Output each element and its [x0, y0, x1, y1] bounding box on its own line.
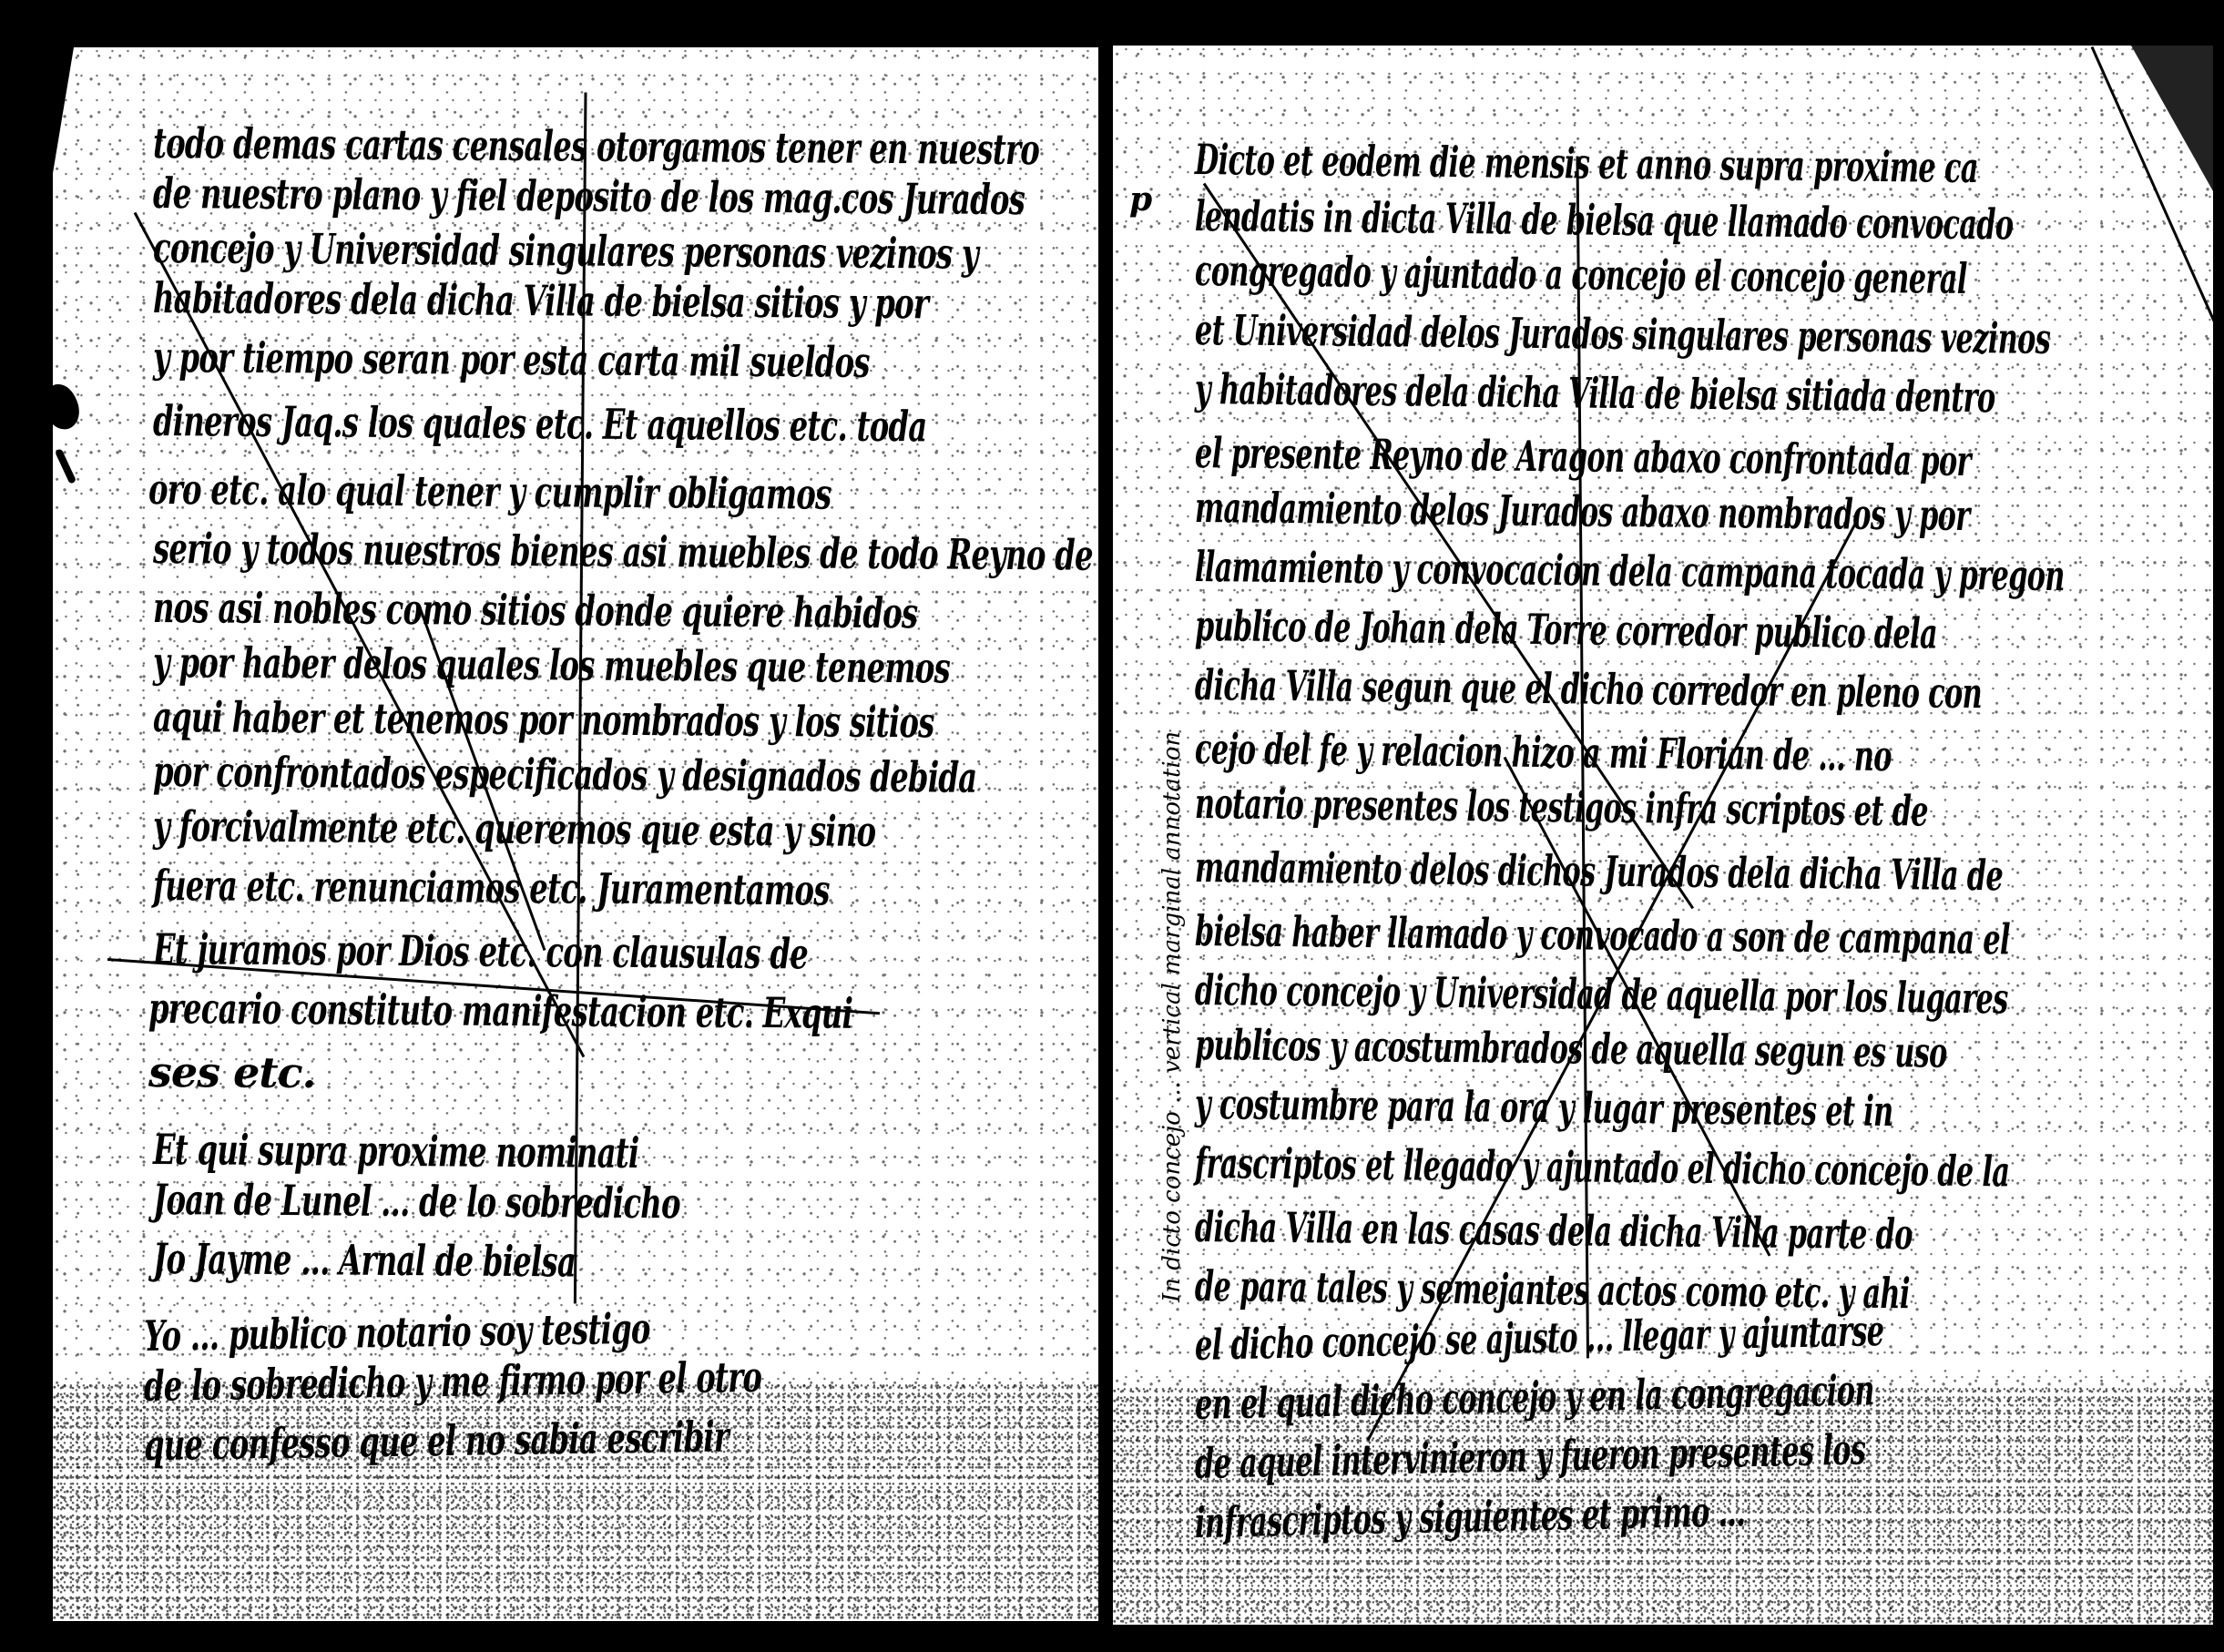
manuscript-line: y forcivalmente etc. queremos que esta y… [153, 801, 876, 856]
manuscript-line: habitadores dela dicha Villa de bielsa s… [153, 273, 928, 328]
manuscript-line: nos asi nobles como sitios donde quiere … [153, 583, 918, 637]
manuscript-line: cejo del fe y relacion hizo a mi Florian… [1195, 724, 1892, 780]
manuscript-line: dicho concejo y Universidad de aquella p… [1195, 965, 2008, 1023]
vertical-margin-annotation: In dicto concejo ... vertical marginal a… [1158, 164, 1186, 1302]
manuscript-line: Joan de Lunel ... de lo sobredicho [153, 1175, 680, 1228]
manuscript-line: por confrontados especificados y designa… [153, 747, 976, 802]
manuscript-line: aqui haber et tenemos por nombrados y lo… [153, 692, 934, 747]
manuscript-line: Et qui supra proxime nominati [153, 1125, 639, 1178]
manuscript-line: oro etc. alo qual tener y cumplir obliga… [148, 464, 831, 519]
manuscript-line: y por tiempo seran por esta carta mil su… [153, 332, 870, 387]
manuscript-line: que confesso que el no sabia escribir [144, 1412, 729, 1470]
right-page: In dicto concejo ... vertical marginal a… [1113, 46, 2213, 1625]
manuscript-line: de lo sobredicho y me firmo por el otro [144, 1352, 762, 1411]
manuscript-line: todo demas cartas censales otorgamos ten… [153, 118, 1039, 174]
manuscript-line: concejo y Universidad singulares persona… [153, 223, 978, 279]
manuscript-line: mandamiento delos dichos Jurados dela di… [1195, 842, 2003, 900]
page-corner-fold [2131, 46, 2213, 191]
manuscript-line: Dicto et eodem die mensis et anno supra … [1195, 135, 1978, 192]
book-gutter [1098, 36, 1113, 1639]
manuscript-line: publico de Johan dela Torre corredor pub… [1195, 601, 1937, 658]
left-page: todo demas cartas censales otorgamos ten… [53, 47, 1100, 1621]
manuscript-line: serio y todos nuestros bienes asi mueble… [153, 524, 1093, 580]
manuscript-line: el presente Reyno de Aragon abaxo confro… [1195, 428, 1971, 485]
manuscript-line: ses etc. [148, 1047, 316, 1097]
manuscript-line: congregado y ajuntado a concejo el conce… [1195, 246, 1967, 303]
manuscript-line: precario constituto manifestacion etc. E… [148, 984, 852, 1038]
manuscript-line: frascriptos et llegado y ajuntado el dic… [1195, 1138, 2010, 1196]
manuscript-line: llamamiento y convocacion dela campana t… [1195, 542, 2065, 600]
manuscript-line: notario presentes los testigos infra scr… [1195, 779, 1928, 836]
margin-letter-p: p [1129, 180, 1152, 219]
manuscript-line: bielsa haber llamado y convocado a son d… [1195, 906, 2010, 964]
manuscript-line: et Universidad delos Jurados singulares … [1195, 305, 2050, 363]
manuscript-line: de nuestro plano y fiel deposito de los … [153, 168, 1025, 224]
manuscript-line: y habitadores dela dicha Villa de bielsa… [1195, 364, 1995, 422]
manuscript-line: Jo Jayme ... Arnal de bielsa [153, 1234, 576, 1286]
manuscript-line: dicha Villa segun que el dicho corredor … [1195, 660, 1982, 718]
manuscript-line: fuera etc. renunciamos etc. Juramentamos [153, 861, 830, 915]
manuscript-line: dineros Jaq.s los quales etc. Et aquello… [153, 396, 927, 451]
manuscript-line: publicos y acostumbrados de aquella segu… [1195, 1020, 1947, 1077]
manuscript-line: y por haber delos quales los muebles que… [153, 637, 950, 693]
manuscript-line: mandamiento delos Jurados abaxo nombrado… [1195, 483, 1970, 540]
scanned-spread: todo demas cartas censales otorgamos ten… [0, 0, 2224, 1652]
manuscript-line: Yo ... publico notario soy testigo [144, 1304, 650, 1361]
manuscript-line: dicha Villa en las casas dela dicha Vill… [1195, 1202, 1913, 1259]
manuscript-line: lendatis in dicta Villa de bielsa que ll… [1195, 191, 2014, 250]
